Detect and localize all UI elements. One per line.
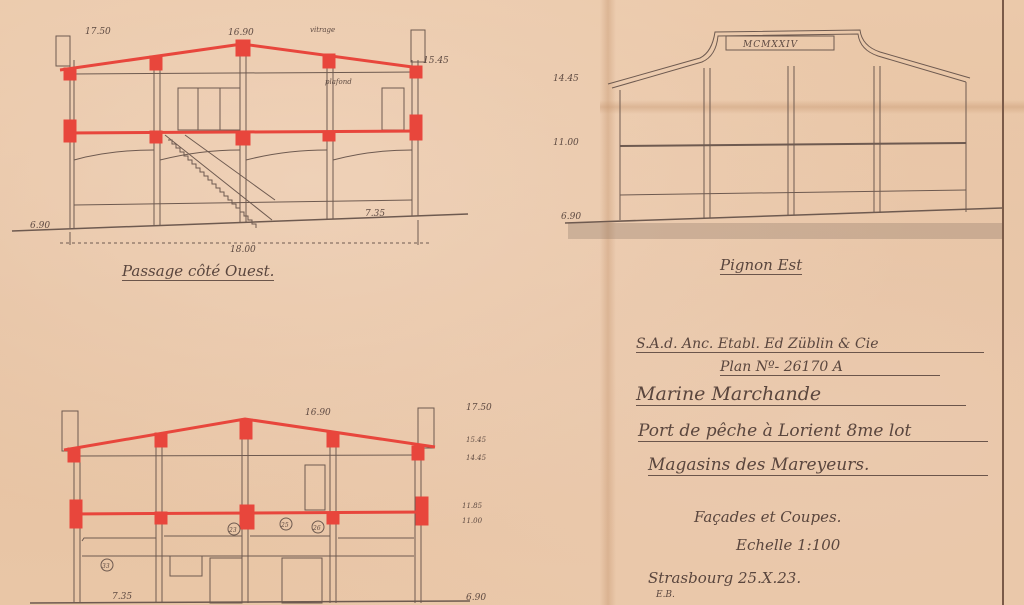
- company-name: S.A.d. Anc. Etabl. Ed Züblin & Cie: [636, 336, 984, 353]
- place-date: Strasbourg 25.X.23.: [648, 569, 801, 587]
- building-name: Magasins des Mareyeurs.: [648, 455, 988, 476]
- drawing-scale: Echelle 1:100: [736, 536, 840, 554]
- drafter-initials: E.B.: [656, 590, 675, 600]
- project-name: Port de pêche à Lorient 8me lot: [638, 421, 988, 442]
- svg-text:17.50: 17.50: [466, 403, 492, 413]
- svg-text:15.45: 15.45: [466, 436, 487, 444]
- svg-text:7.35: 7.35: [365, 209, 385, 219]
- room-number: 26: [312, 525, 321, 532]
- svg-text:15.45: 15.45: [423, 56, 449, 66]
- client-name: Marine Marchande: [636, 383, 966, 406]
- section-lower-concrete: [64, 419, 435, 529]
- svg-text:vitrage: vitrage: [310, 26, 335, 34]
- gable-east-labels: MCMXXIV 14.45 11.00 6.90: [553, 40, 799, 222]
- svg-text:14.45: 14.45: [553, 74, 579, 84]
- section-west-concrete: [60, 40, 422, 145]
- room-number: 23: [228, 527, 237, 534]
- room-number: 25: [280, 522, 289, 529]
- svg-text:6.90: 6.90: [30, 221, 50, 231]
- svg-text:11.00: 11.00: [462, 517, 483, 525]
- svg-text:6.90: 6.90: [466, 593, 486, 603]
- drawings-canvas: 17.50 16.90 15.45 6.90 7.35 18.00 vitrag…: [0, 0, 1024, 605]
- caption-section-west: Passage côté Ouest.: [122, 262, 274, 281]
- svg-text:6.90: 6.90: [561, 212, 581, 222]
- svg-text:11.85: 11.85: [462, 502, 483, 510]
- gable-east-ground-hatch: [568, 223, 1002, 239]
- svg-text:7.35: 7.35: [112, 592, 132, 602]
- plan-number: Plan Nº- 26170 A: [720, 359, 940, 376]
- svg-text:16.90: 16.90: [305, 408, 331, 418]
- svg-text:plafond: plafond: [325, 78, 352, 86]
- drawing-content: Façades et Coupes.: [694, 508, 841, 526]
- level-label: 17.50: [85, 27, 111, 37]
- room-number: 33: [102, 563, 110, 570]
- svg-text:14.45: 14.45: [466, 454, 487, 462]
- gable-east-drawing: [565, 30, 1002, 223]
- svg-text:16.90: 16.90: [228, 28, 254, 38]
- svg-text:18.00: 18.00: [230, 245, 256, 255]
- date-inscription: MCMXXIV: [742, 40, 799, 50]
- caption-gable-east: Pignon Est: [720, 256, 802, 275]
- svg-text:11.00: 11.00: [553, 138, 579, 148]
